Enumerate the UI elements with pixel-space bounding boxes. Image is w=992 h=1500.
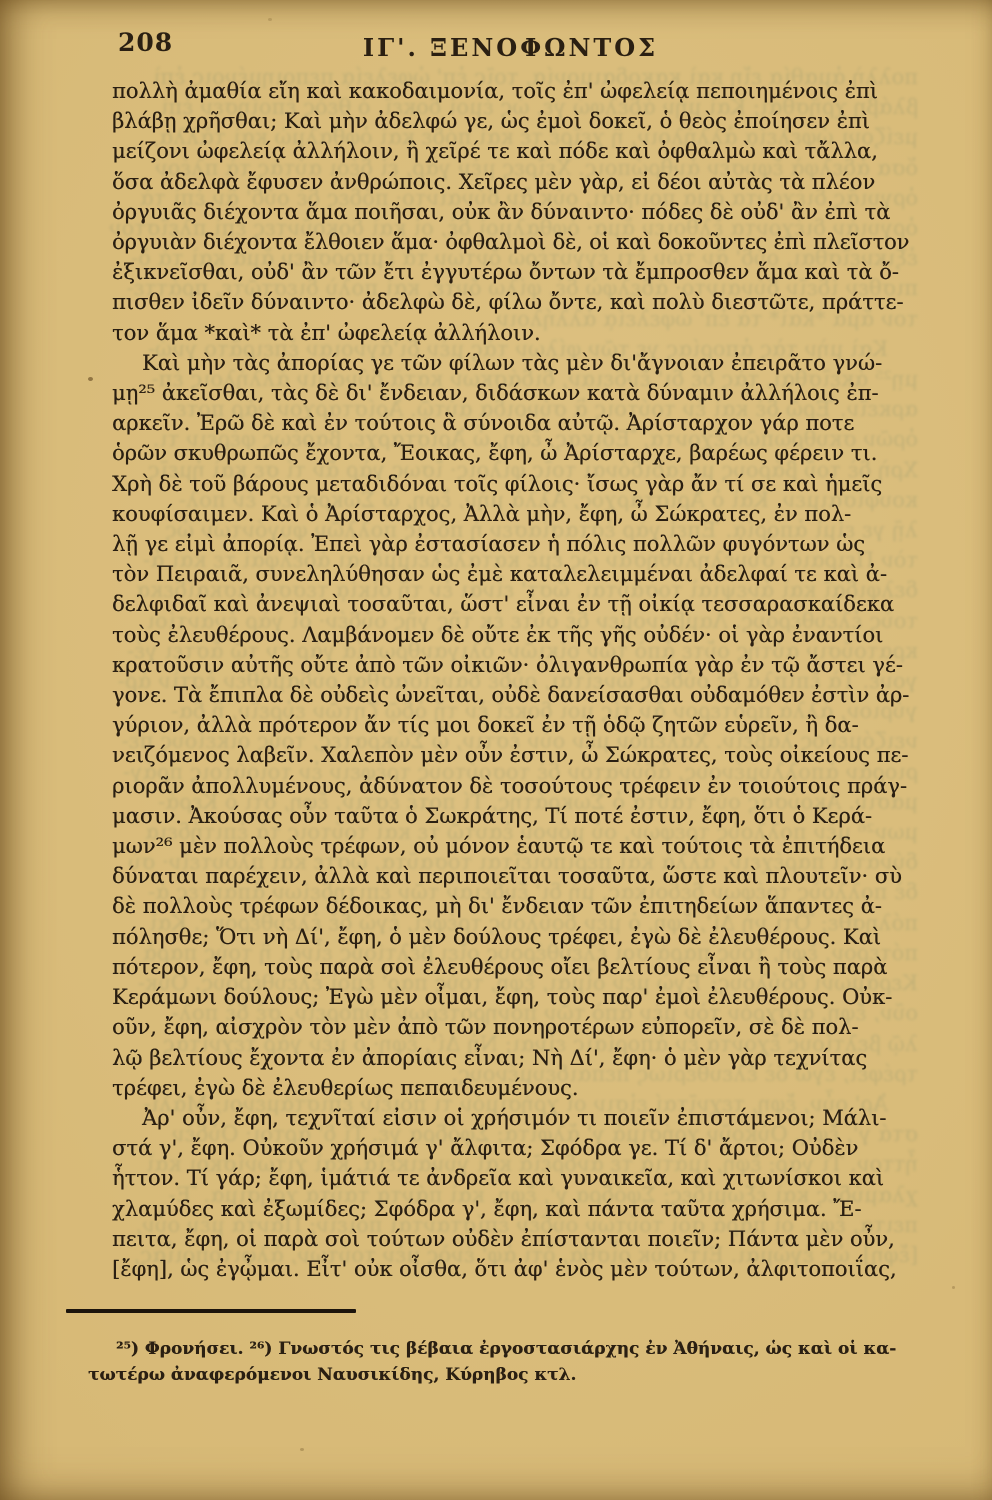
body-text: πολλὴ ἀμαθία εἴη καὶ κακοδαιμονία, τοῖς … — [112, 76, 909, 1284]
text-line: Ἀρ' οὖν, ἔφη, τεχνῖταί εἰσιν οἱ χρήσιμόν… — [112, 1103, 909, 1133]
text-line: ὅσα ἀδελφὰ ἔφυσεν ἀνθρώποις. Χεῖρες μὲν … — [112, 167, 909, 197]
text-line: ἧττον. Τί γάρ; ἔφη, ἱμάτιά τε ἀνδρεῖα κα… — [112, 1163, 909, 1193]
text-line: μασιν. Ἀκούσας οὖν ταῦτα ὁ Σωκράτης, Τί … — [112, 801, 909, 831]
text-line: ριορᾶν ἀπολλυμένους, ἀδύνατον δὲ τοσούτο… — [112, 771, 909, 801]
text-line: βλάβῃ χρῆσθαι; Καὶ μὴν ἀδελφώ γε, ὡς ἐμο… — [112, 106, 909, 136]
text-line: πισθεν ἰδεῖν δύναιντο· ἀδελφὼ δὲ, φίλω ὄ… — [112, 287, 909, 317]
text-line: ὀργυιᾶς διέχοντα ἅμα ποιῆσαι, οὐκ ἂν δύν… — [112, 197, 909, 227]
text-line: νειζόμενος λαβεῖν. Χαλεπὸν μὲν οὖν ἐστιν… — [112, 740, 909, 770]
text-line: τρέφει, ἐγὼ δὲ ἐλευθερίως πεπαιδευμένους… — [112, 1073, 909, 1103]
text-line: κουφίσαιμεν. Καὶ ὁ Ἀρίσταρχος, Ἀλλὰ μὴν,… — [112, 499, 909, 529]
text-line: δύναται παρέχειν, ἀλλὰ καὶ περιποιεῖται … — [112, 861, 909, 891]
text-line: κρατοῦσιν αὐτῆς οὔτε ἀπὸ τῶν οἰκιῶν· ὀλι… — [112, 650, 909, 680]
text-line: ὀργυιὰν διέχοντα ἔλθοιεν ἅμα· ὀφθαλμοὶ δ… — [112, 227, 909, 257]
text-line: πότερον, ἔφη, τοὺς παρὰ σοὶ ἐλευθέρους ο… — [112, 952, 909, 982]
running-header: ΙΓ'. ΞΕΝΟΦΩΝΤΟΣ — [112, 33, 909, 62]
paper-speck — [952, 1286, 955, 1289]
text-line: Χρὴ δὲ τοῦ βάρους μεταδιδόναι τοῖς φίλοι… — [112, 469, 909, 499]
text-line: δὲ πολλοὺς τρέφων δέδοικας, μὴ δι' ἔνδει… — [112, 891, 909, 921]
text-line: μῃ²⁵ ἀκεῖσθαι, τὰς δὲ δι' ἔνδειαν, διδάσ… — [112, 378, 909, 408]
text-line: Κεράμωνι δούλους; Ἐγὼ μὲν οἶμαι, ἔφη, το… — [112, 982, 909, 1012]
text-line: λῷ βελτίους ἔχοντα ἐν ἀπορίαις εἶναι; Νὴ… — [112, 1043, 909, 1073]
text-line: γονε. Τὰ ἔπιπλα δὲ οὐδεὶς ὠνεῖται, οὐδὲ … — [112, 680, 909, 710]
footnote-separator — [66, 1309, 356, 1313]
text-line: ὁρῶν σκυθρωπῶς ἔχοντα, Ἔοικας, ἔφη, ὦ Ἀρ… — [112, 438, 909, 468]
paper-speck — [268, 18, 272, 21]
text-line: γύριον, ἀλλὰ πρότερον ἄν τίς μοι δοκεῖ ἐ… — [112, 710, 909, 740]
book-page: πολλὴ ἀμαθία εἴη καὶ κακοδαιμονία, τοῖς … — [0, 0, 992, 1500]
text-line: τὸν Πειραιᾶ, συνεληλύθησαν ὡς ἐμὲ καταλε… — [112, 559, 909, 589]
text-line: χλαμύδες καὶ ἐξωμίδες; Σφόδρα γ', ἔφη, κ… — [112, 1194, 909, 1224]
paper-speck — [300, 1448, 304, 1451]
text-line: τον ἅμα *καὶ* τὰ ἐπ' ὠφελείᾳ ἀλλήλοιν. — [112, 318, 909, 348]
text-line: τοὺς ἐλευθέρους. Λαμβάνομεν δὲ οὔτε ἐκ τ… — [112, 620, 909, 650]
text-line: [ἔφη], ὡς ἐγᾦμαι. Εἶτ' οὐκ οἶσθα, ὅτι ἀφ… — [112, 1254, 909, 1284]
text-line: πόλησθε; Ὅτι νὴ Δί', ἔφη, ὁ μὲν δούλους … — [112, 922, 909, 952]
footnote-line: τωτέρω ἀναφερόμενοι Ναυσικίδης, Κύρηβος … — [88, 1362, 920, 1388]
text-line: πολλὴ ἀμαθία εἴη καὶ κακοδαιμονία, τοῖς … — [112, 76, 909, 106]
footnote-line: ²⁵) Φρονήσει. ²⁶) Γνωστός τις βέβαια ἐργ… — [88, 1336, 920, 1362]
text-line: οῦν, ἔφη, αἰσχρὸν τὸν μὲν ἀπὸ τῶν πονηρο… — [112, 1012, 909, 1042]
text-line: ἐξικνεῖσθαι, οὐδ' ἂν τῶν ἔτι ἐγγυτέρω ὄν… — [112, 257, 909, 287]
text-line: αρκεῖν. Ἐρῶ δὲ καὶ ἐν τούτοις ἃ σύνοιδα … — [112, 408, 909, 438]
text-line: δελφιδαῖ καὶ ἀνεψιαὶ τοσαῦται, ὥστ' εἶνα… — [112, 589, 909, 619]
text-line: πειτα, ἔφη, οἱ παρὰ σοὶ τούτων οὐδὲν ἐπί… — [112, 1224, 909, 1254]
text-line: μείζονι ὠφελείᾳ ἀλλήλοιν, ἢ χεῖρέ τε καὶ… — [112, 136, 909, 166]
footnotes: ²⁵) Φρονήσει. ²⁶) Γνωστός τις βέβαια ἐργ… — [88, 1336, 920, 1388]
text-line: στά γ', ἔφη. Οὐκοῦν χρήσιμά γ' ἄλφιτα; Σ… — [112, 1133, 909, 1163]
text-line: λῇ γε εἰμὶ ἀπορίᾳ. Ἐπεὶ γὰρ ἐστασίασεν ἡ… — [112, 529, 909, 559]
text-line: μων²⁶ μὲν πολλοὺς τρέφων, οὐ μόνον ἑαυτῷ… — [112, 831, 909, 861]
paper-speck — [88, 377, 93, 381]
text-line: Καὶ μὴν τὰς ἀπορίας γε τῶν φίλων τὰς μὲν… — [112, 348, 909, 378]
